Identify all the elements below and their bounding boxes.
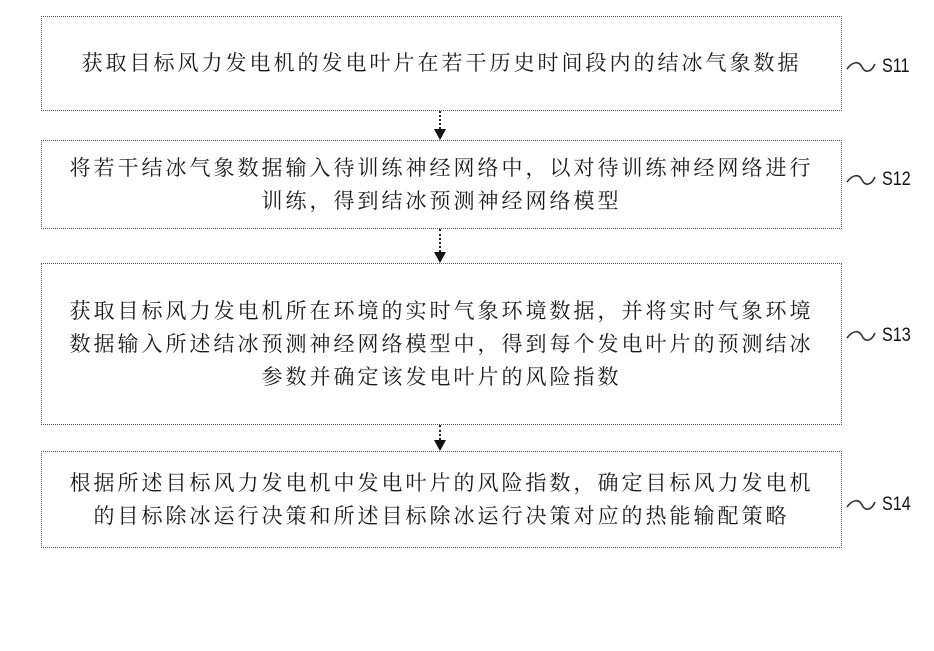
tilde-connector-icon (846, 497, 876, 513)
step-label-text: S11 (882, 56, 910, 78)
step-text-s11: 获取目标风力发电机的发电叶片在若干历史时间段内的结冰气象数据 (66, 47, 818, 80)
step-text-line: 参数并确定该发电叶片的风险指数 (70, 361, 814, 394)
step-text-line: 训练，得到结冰预测神经网络模型 (70, 185, 814, 218)
step-label-s11: S11 (846, 52, 914, 82)
arrow-s11-to-s12 (432, 111, 448, 140)
step-box-s12: 将若干结冰气象数据输入待训练神经网络中，以对待训练神经网络进行 训练，得到结冰预… (41, 140, 842, 229)
step-text-line: 数据输入所述结冰预测神经网络模型中，得到每个发电叶片的预测结冰 (70, 328, 814, 361)
tilde-connector-icon (846, 59, 876, 75)
arrow-head-icon (434, 252, 446, 263)
step-text-line: 获取目标风力发电机的发电叶片在若干历史时间段内的结冰气象数据 (82, 47, 802, 80)
arrow-head-icon (434, 440, 446, 451)
step-text-line: 的目标除冰运行决策和所述目标除冰运行决策对应的热能输配策略 (70, 500, 814, 533)
step-text-line: 将若干结冰气象数据输入待训练神经网络中，以对待训练神经网络进行 (70, 152, 814, 185)
tilde-connector-icon (846, 172, 876, 188)
step-label-text: S13 (882, 325, 911, 347)
step-label-text: S14 (882, 494, 911, 516)
step-box-s11: 获取目标风力发电机的发电叶片在若干历史时间段内的结冰气象数据 (41, 16, 842, 111)
step-box-s14: 根据所述目标风力发电机中发电叶片的风险指数，确定目标风力发电机 的目标除冰运行决… (41, 451, 842, 548)
arrow-shaft (439, 111, 441, 129)
step-text-s13: 获取目标风力发电机所在环境的实时气象环境数据，并将实时气象环境 数据输入所述结冰… (54, 295, 830, 394)
arrow-shaft (439, 229, 441, 252)
tilde-connector-icon (846, 328, 876, 344)
step-label-s14: S14 (846, 490, 916, 520)
step-text-line: 获取目标风力发电机所在环境的实时气象环境数据，并将实时气象环境 (70, 295, 814, 328)
step-box-s13: 获取目标风力发电机所在环境的实时气象环境数据，并将实时气象环境 数据输入所述结冰… (41, 263, 842, 425)
arrow-head-icon (434, 129, 446, 140)
step-text-line: 根据所述目标风力发电机中发电叶片的风险指数，确定目标风力发电机 (70, 467, 814, 500)
step-label-s12: S12 (846, 165, 916, 195)
arrow-shaft (439, 425, 441, 440)
step-label-s13: S13 (846, 321, 916, 351)
step-text-s14: 根据所述目标风力发电机中发电叶片的风险指数，确定目标风力发电机 的目标除冰运行决… (54, 467, 830, 533)
arrow-s13-to-s14 (432, 425, 448, 451)
step-label-text: S12 (882, 169, 911, 191)
arrow-s12-to-s13 (432, 229, 448, 263)
step-text-s12: 将若干结冰气象数据输入待训练神经网络中，以对待训练神经网络进行 训练，得到结冰预… (54, 152, 830, 218)
